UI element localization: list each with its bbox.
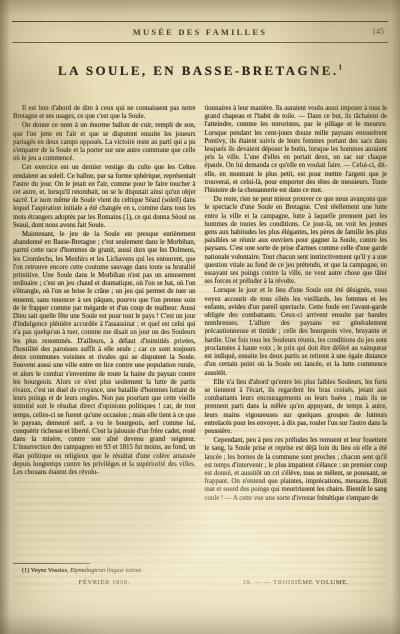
volume-signature: 19. — — TROISIÈME VOLUME. — [205, 571, 388, 587]
scanned-page: MUSÉE DES FAMILLES 145 LA SOULE, EN BASS… — [0, 0, 400, 634]
article-body: Il est bon d'abord de dire à ceux qui ne… — [13, 105, 387, 587]
page-number: 145 — [372, 27, 384, 36]
issue-date: FÉVRIER 1850. — [13, 579, 196, 587]
paragraph-left-3: Cet exercice est un dernier vestige du c… — [13, 164, 196, 230]
paragraph-right-4: Elle n'a lieu d'abord qu'entre les plus … — [205, 379, 388, 436]
footnote-separator — [13, 563, 90, 564]
footnote-work-title: Etymologicon linguæ latinæ. — [70, 567, 143, 574]
footnote-text: (1) Voyez Vossius, Etymologicon linguæ l… — [13, 567, 196, 574]
right-column: tionnaires à leur manière. Ils auraient … — [205, 105, 388, 587]
paragraph-right-1: tionnaires à leur manière. Ils auraient … — [205, 105, 388, 195]
paragraph-left-2: On donne ce nom à un énorme ballon de cu… — [13, 122, 196, 163]
paragraph-left-1: Il est bon d'abord de dire à ceux qui ne… — [13, 105, 196, 121]
paragraph-right-2: Du reste, rien ne peut mieux prouver ce … — [205, 196, 388, 286]
paragraph-right-3: Lorsque le jour et le lieu d'une Soule o… — [205, 287, 388, 377]
footnote: (1) Voyez Vossius, Etymologicon linguæ l… — [13, 559, 196, 574]
article-title-text: LA SOULE, EN BASSE-BRETAGNE. — [58, 63, 338, 78]
paragraph-left-4: Maintenant, le jeu de la Soule est presq… — [13, 231, 196, 477]
masthead-rule-bottom — [12, 42, 388, 43]
masthead: MUSÉE DES FAMILLES 145 — [0, 21, 400, 43]
paragraph-right-5: Cependant, peu à peu ces préludes les re… — [205, 437, 388, 503]
left-column: Il est bon d'abord de dire à ceux qui ne… — [13, 105, 196, 587]
journal-name: MUSÉE DES FAMILLES — [133, 27, 267, 37]
article-title: LA SOULE, EN BASSE-BRETAGNE.1 — [12, 63, 388, 79]
title-footnote-ref: 1 — [338, 64, 342, 72]
footnote-body: Voyez Vossius, — [29, 567, 70, 574]
